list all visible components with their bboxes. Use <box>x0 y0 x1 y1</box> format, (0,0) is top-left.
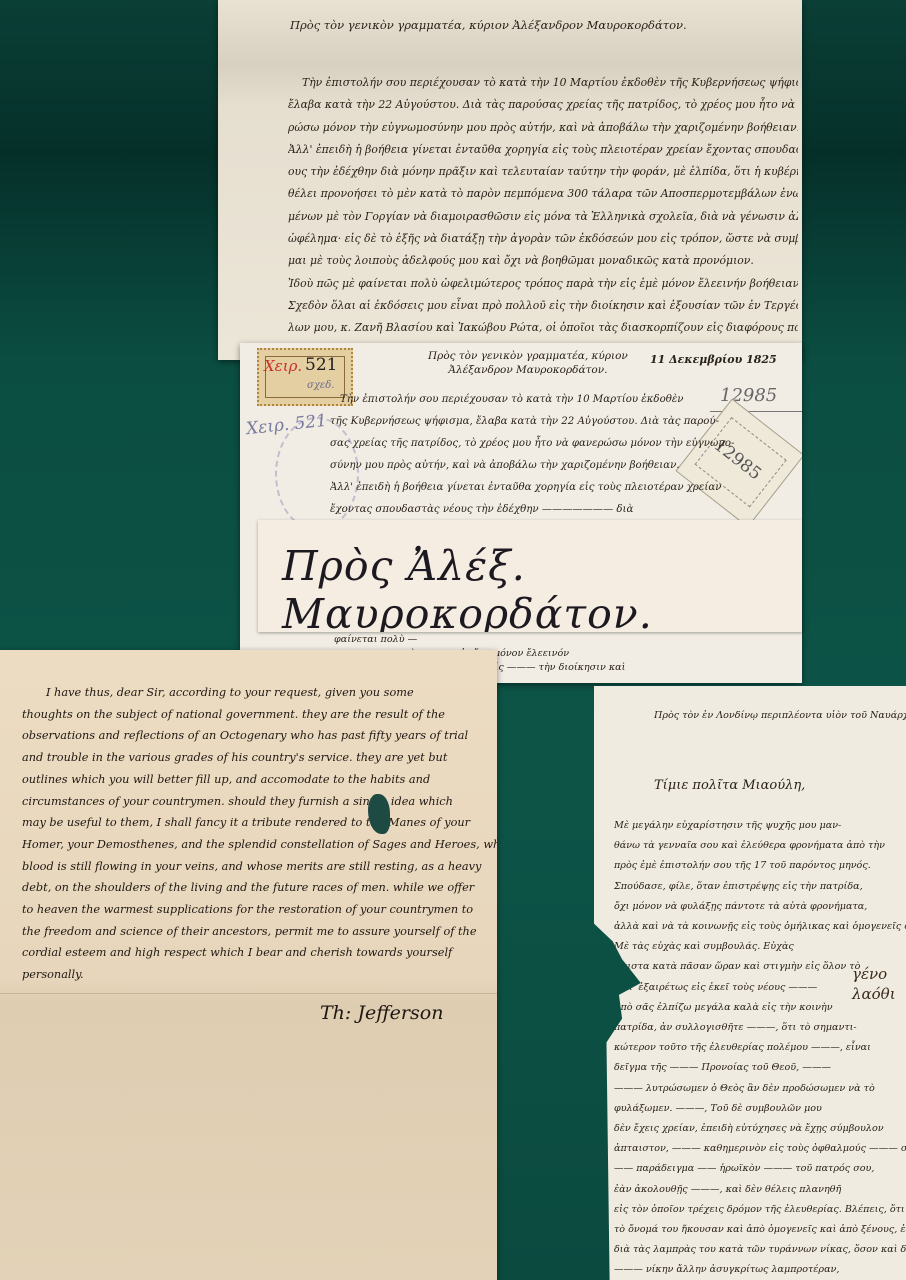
text-line: ἀλλὰ καὶ νὰ τὰ κοινωνῇς εἰς τοὺς ὁμήλικα… <box>614 917 906 937</box>
letter-heading: Πρὸς τὸν ἐν Λονδίνῳ περιπλέοντα υἱὸν τοῦ… <box>654 710 906 721</box>
letter-date: 11 Δεκεμβρίου 1825 <box>650 353 777 366</box>
paper-fold <box>0 993 497 994</box>
text-line: Σπούδασε, φίλε, ὅταν ἐπιστρέψῃς εἰς τὴν … <box>614 877 906 897</box>
text-line: δεῖγμα τῆς ——— Προνοίας τοῦ Θεοῦ, ——— <box>614 1058 906 1078</box>
text-line: σας χρείας τῆς πατρίδος, τὸ χρέος μου ἦτ… <box>330 433 734 455</box>
text-line: Ἀλλ' ἐπειδὴ ἡ βοήθεια γίνεται ἐνταῦθα χο… <box>330 477 734 499</box>
letter-body: Τὴν ἐπιστολήν σου περιέχουσαν τὸ κατὰ τὴ… <box>330 389 734 521</box>
text-line: τὸ ὄνομά του ἤκουσαν καὶ ἀπὸ ὁμογενεῖς κ… <box>614 1220 906 1240</box>
text-line: the freedom and science of their ancesto… <box>22 921 497 943</box>
margin-note: γένο λαόθι <box>852 964 896 1004</box>
letter-body: Μὲ μεγάλην εὐχαρίστησιν τῆς ψυχῆς μου μα… <box>614 816 906 1280</box>
text-line: to heaven the warmest supplications for … <box>22 899 497 921</box>
text-line: Μὲ μεγάλην εὐχαρίστησιν τῆς ψυχῆς μου μα… <box>614 816 906 836</box>
text-line: and trouble in the various grades of his… <box>22 747 497 769</box>
text-line: blood is still flowing in your veins, an… <box>22 856 497 878</box>
text-line: Τὴν ἐπιστολήν σου περιέχουσαν τὸ κατὰ τὴ… <box>288 72 798 94</box>
greek-letter-top: Πρὸς τὸν γενικὸν γραμματέα, κύριον Ἀλέξα… <box>218 0 802 360</box>
text-line: personally. <box>22 964 497 986</box>
greek-letter-middle: Χειρ. 521 σχεδ. Χειρ. 521 Πρὸς τὸν γενικ… <box>240 343 802 683</box>
text-line: φαίνεται πολὺ — <box>334 633 802 647</box>
text-line: εἰς τὸν ὁποῖον τρέχεις δρόμον τῆς ἐλευθε… <box>614 1200 906 1220</box>
text-line: ἔλαβα κατὰ τὴν 22 Αὐγούστου. Διὰ τὰς παρ… <box>288 94 798 116</box>
text-line: ρώσω μόνον τὴν εὐγνωμοσύνην μου πρὸς αὐτ… <box>288 117 798 139</box>
text-line: κώτερον τοῦτο τῆς ἐλευθερίας πολέμου ———… <box>614 1038 906 1058</box>
letter-title: Πρὸς τὸν γενικὸν γραμματέα, κύριον Ἀλέξα… <box>290 18 687 32</box>
margin-note-line: λαόθι <box>852 984 896 1004</box>
letter-address: Πρὸς τὸν γενικὸν γραμματέα, κύριον Ἀλέξα… <box>428 349 628 377</box>
text-line: ους τὴν ἐδέχθην διὰ μόνην πρᾶξιν καὶ τελ… <box>288 161 798 183</box>
text-line: πρὸς ἐμὲ ἐπιστολήν σου τῆς 17 τοῦ παρόντ… <box>614 856 906 876</box>
text-line: μένων μὲ τὸν Γοργίαν νὰ διαμοιρασθῶσιν ε… <box>288 206 798 228</box>
text-line: may be useful to them, I shall fancy it … <box>22 812 497 834</box>
text-line: Homer, your Demosthenes, and the splendi… <box>22 834 497 856</box>
text-line: Μὲ τὰς εὐχὰς καὶ συμβουλάς. Εὐχὰς <box>614 937 906 957</box>
text-line: ——— νίκην ἄλλην ἀσυγκρίτως λαμπροτέραν, <box>614 1260 906 1280</box>
letter-greeting: Τίμιε πολῖτα Μιαούλη, <box>654 778 805 793</box>
margin-note-line: γένο <box>852 964 896 984</box>
text-line: ——— λυτρώσωμεν ὁ Θεὸς ἂν δὲν προδώσωμεν … <box>614 1079 906 1099</box>
text-line: θάνω τὰ γενναῖα σου καὶ ἐλεύθερα φρονήμα… <box>614 836 906 856</box>
text-line: μαι μὲ τοὺς λοιποὺς ἀδελφούς μου καὶ ὄχι… <box>288 250 798 272</box>
letter-body: Τὴν ἐπιστολήν σου περιέχουσαν τὸ κατὰ τὴ… <box>288 72 798 360</box>
text-line: ὄχι μόνον νὰ φυλάξῃς πάντοτε τὰ αὐτὰ φρο… <box>614 897 906 917</box>
letter-body: I have thus, dear Sir, according to your… <box>22 682 497 986</box>
text-line: outlines which you will better fill up, … <box>22 769 497 791</box>
label-number: 521 <box>305 355 337 375</box>
greek-letter-right: Πρὸς τὸν ἐν Λονδίνῳ περιπλέοντα υἱὸν τοῦ… <box>594 686 906 1280</box>
text-line: ἀπταιστον, ——— καθημερινὸν εἰς τοὺς ὀφθα… <box>614 1139 906 1159</box>
text-line: Τὴν ἐπιστολήν σου περιέχουσαν τὸ κατὰ τὴ… <box>330 389 734 411</box>
text-line: θέλει προνοήσει τὸ μὲν κατὰ τὸ παρὸν πεμ… <box>288 183 798 205</box>
address-line: Ἀλέξανδρον Μαυροκορδάτον. <box>428 363 628 377</box>
text-line: λων μου, κ. Ζανῆ Βλασίου καὶ Ἰακώβου Ρώτ… <box>288 317 798 339</box>
text-line: Σχεδὸν ὅλαι αἱ ἐκδόσεις μου εἶναι πρὸ πο… <box>288 295 798 317</box>
text-line: debt, on the shoulders of the living and… <box>22 877 497 899</box>
calligraphy-strip: Πρὸς Ἀλέξ. Μαυροκορδάτον. <box>258 520 802 632</box>
text-line: ἐὰν ἀκολουθῇς ———, καὶ δὲν θέλεις πλανηθ… <box>614 1180 906 1200</box>
text-line: Ἰδοὺ πῶς μὲ φαίνεται πολὺ ὠφελιμώτερος τ… <box>288 273 798 295</box>
text-line: observations and reflections of an Octog… <box>22 725 497 747</box>
text-line: διὰ τὰς λαμπρὰς του κατὰ τῶν τυράννων νί… <box>614 1240 906 1260</box>
text-line: circumstances of your countrymen. should… <box>22 791 497 813</box>
text-line: τῆς Κυβερνήσεως ψήφισμα, ἔλαβα κατὰ τὴν … <box>330 411 734 433</box>
jefferson-letter: I have thus, dear Sir, according to your… <box>0 650 497 1280</box>
text-line: σύνην μου πρὸς αὐτήν, καὶ νὰ ἀποβάλω τὴν… <box>330 455 734 477</box>
text-line: ἔχοντας σπουδαστὰς νέους τὴν ἐδέχθην ———… <box>330 499 734 521</box>
text-line: —— παράδειγμα —— ἡρωϊκὸν ——— τοῦ πατρός … <box>614 1159 906 1179</box>
text-line: Ἀλλ' ἐπειδὴ ἡ βοήθεια γίνεται ἐνταῦθα χο… <box>288 139 798 161</box>
text-line: thoughts on the subject of national gove… <box>22 704 497 726</box>
label-prefix: Χειρ. <box>264 357 302 375</box>
text-line: cordial esteem and high respect which I … <box>22 942 497 964</box>
signature: Th: Jefferson <box>320 1002 443 1024</box>
text-line: φυλάξωμεν. ———, Τοῦ δὲ συμβουλῶν μου <box>614 1099 906 1119</box>
text-line: πατρίδα, ἀν συλλογισθῆτε ———, ὅτι τὸ σημ… <box>614 1018 906 1038</box>
text-line: ὠφέλημα· εἰς δὲ τὸ ἑξῆς νὰ διατάξῃ τὴν ἀ… <box>288 228 798 250</box>
text-line: δὲν ἔχεις χρείαν, ἐπειδὴ εὐτύχησες νὰ ἔχ… <box>614 1119 906 1139</box>
calligraphy-text: Πρὸς Ἀλέξ. Μαυροκορδάτον. <box>282 542 802 632</box>
text-line: I have thus, dear Sir, according to your… <box>22 682 497 704</box>
address-line: Πρὸς τὸν γενικὸν γραμματέα, κύριον <box>428 349 628 363</box>
